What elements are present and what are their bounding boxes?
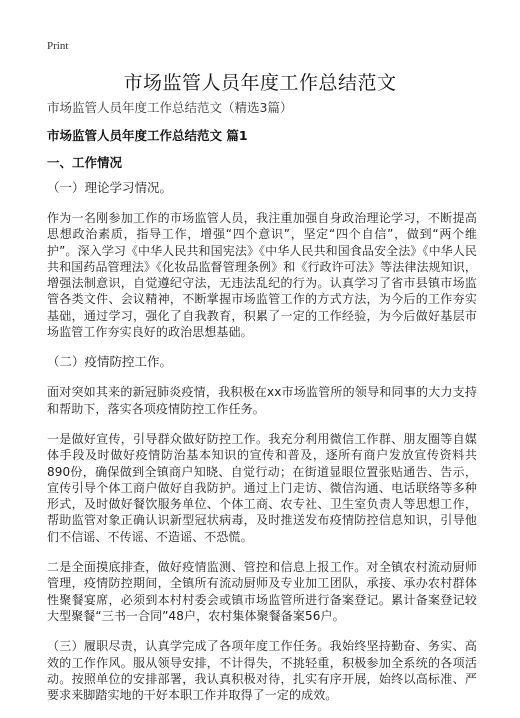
subsection-heading-theory-study: （一）理论学习情况。: [47, 180, 477, 196]
print-link[interactable]: Print: [47, 40, 68, 52]
paragraph-epidemic-intro: 面对突如其来的新冠肺炎疫情，我积极在xx市场监管所的领导和同事的大力支持和帮助下…: [47, 384, 477, 417]
document-title: 市场监管人员年度工作总结范文: [0, 68, 520, 95]
document-page: Print 市场监管人员年度工作总结范文 市场监管人员年度工作总结范文（精选3篇…: [0, 0, 520, 718]
section-heading: 一、工作情况: [47, 155, 477, 171]
article-heading: 市场监管人员年度工作总结范文 篇1: [47, 128, 477, 144]
paragraph-investigation: 二是全面摸底排查，做好疫情监测、管控和信息上报工作。对全镇农村流动厨师管理，疫情…: [47, 559, 477, 624]
subsection-heading-epidemic-control: （二）疫情防控工作。: [47, 354, 477, 370]
document-subtitle: 市场监管人员年度工作总结范文（精选3篇）: [47, 100, 477, 116]
paragraph-theory-study: 作为一名刚参加工作的市场监管人员，我注重加强自身政治理论学习，不断提高思想政治素…: [47, 210, 477, 340]
document-body: 市场监管人员年度工作总结范文（精选3篇） 市场监管人员年度工作总结范文 篇1 一…: [47, 100, 477, 717]
paragraph-duties: （三）履职尽责，认真学完成了各项年度工作任务。我始终坚持勤奋、务实、高效的工作作…: [47, 638, 477, 703]
paragraph-publicity: 一是做好宣传，引导群众做好防控工作。我充分利用微信工作群、朋友圈等自媒体手段及时…: [47, 431, 477, 545]
